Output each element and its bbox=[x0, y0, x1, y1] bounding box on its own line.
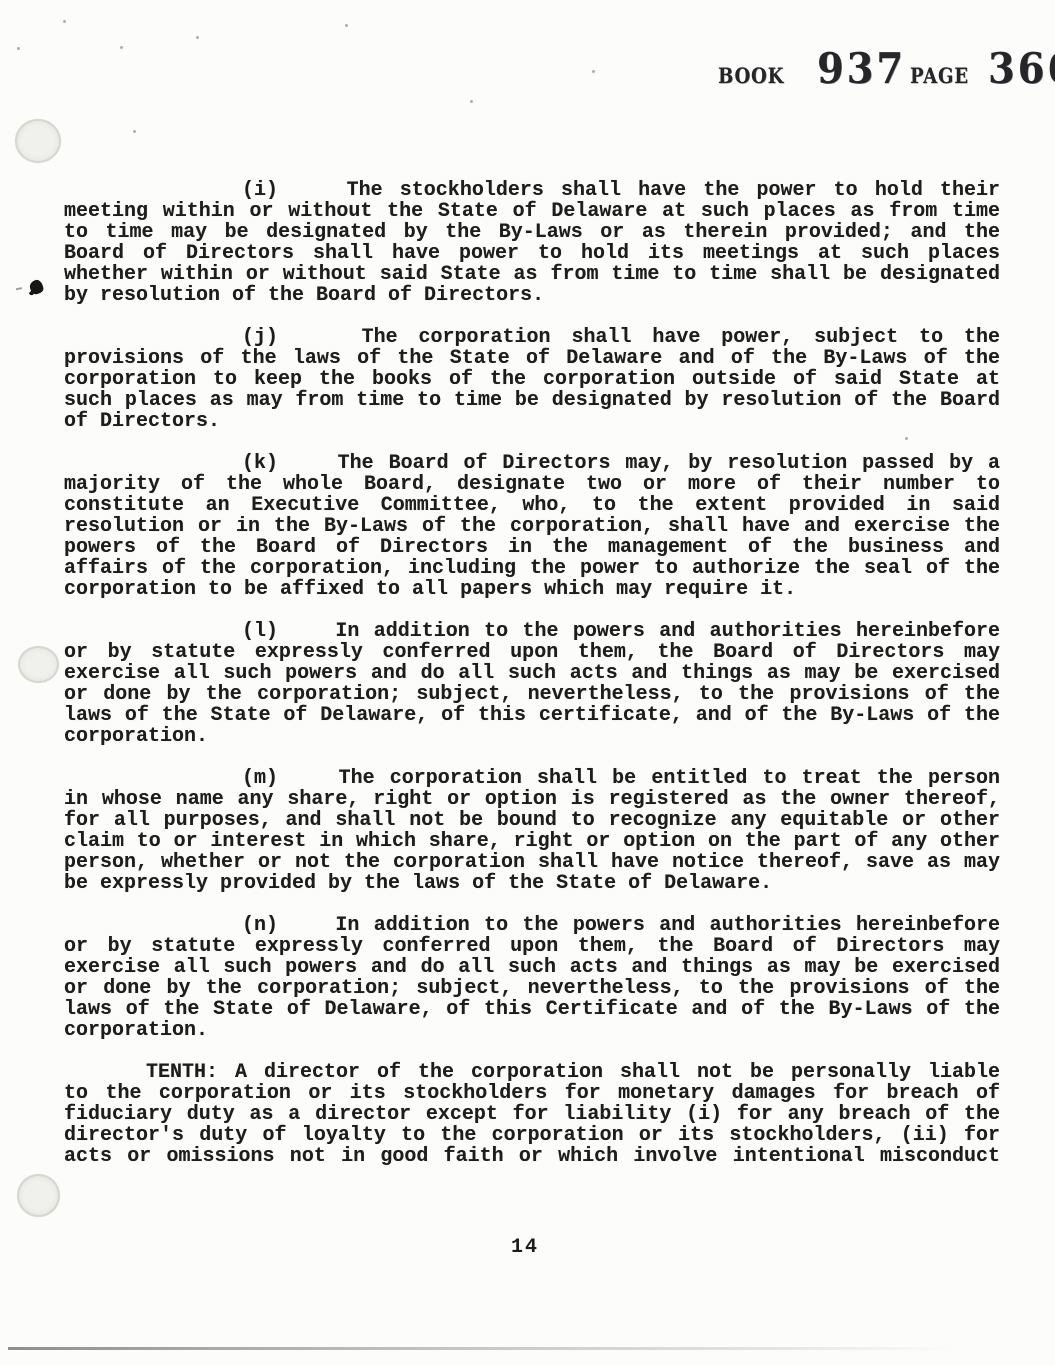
scan-edge-artifact bbox=[8, 1347, 953, 1350]
text-line: provisions of the laws of the State of D… bbox=[64, 348, 1000, 369]
scan-speck bbox=[133, 130, 136, 133]
document-body: (i) The stockholders shall have the powe… bbox=[64, 180, 1000, 1188]
text-line: powers of the Board of Directors in the … bbox=[64, 537, 1000, 558]
ink-mark bbox=[29, 279, 45, 295]
stamp-book-number: 937 bbox=[817, 44, 906, 93]
text-line: Board of Directors shall have power to h… bbox=[64, 243, 1000, 264]
stamp-page-number: 366 bbox=[988, 44, 1055, 93]
stamp-book-label: BOOK bbox=[718, 63, 784, 88]
paragraph-j: (j) The corporation shall have power, su… bbox=[64, 327, 1000, 432]
document-page: BOOK 937 PAGE 366 (i) The stockholders s… bbox=[0, 0, 1055, 1365]
text-line: (i) The stockholders shall have the powe… bbox=[64, 180, 1000, 201]
text-line: or done by the corporation; subject, nev… bbox=[64, 978, 1000, 999]
paragraph-tenth: TENTH: A director of the corporation sha… bbox=[64, 1062, 1000, 1167]
text-line: in whose name any share, right or option… bbox=[64, 789, 1000, 810]
text-line: corporation to be affixed to all papers … bbox=[64, 579, 1000, 600]
text-line: acts or omissions not in good faith or w… bbox=[64, 1146, 1000, 1167]
text-line: corporation to keep the books of the cor… bbox=[64, 369, 1000, 390]
text-line: fiduciary duty as a director except for … bbox=[64, 1104, 1000, 1125]
paragraph-m: (m) The corporation shall be entitled to… bbox=[64, 768, 1000, 894]
text-line: (n) In addition to the powers and author… bbox=[64, 915, 1000, 936]
text-line: of Directors. bbox=[64, 411, 1000, 432]
text-line: person, whether or not the corporation s… bbox=[64, 852, 1000, 873]
text-line: meeting within or without the State of D… bbox=[64, 201, 1000, 222]
text-line: affairs of the corporation, including th… bbox=[64, 558, 1000, 579]
text-line: or by statute expressly conferred upon t… bbox=[64, 936, 1000, 957]
text-line: (l) In addition to the powers and author… bbox=[64, 621, 1000, 642]
scan-speck bbox=[17, 47, 20, 50]
stamp-page-label: PAGE bbox=[910, 63, 969, 88]
text-line: claim to or interest in which share, rig… bbox=[64, 831, 1000, 852]
text-line: constitute an Executive Committee, who, … bbox=[64, 495, 1000, 516]
text-line: (k) The Board of Directors may, by resol… bbox=[64, 453, 1000, 474]
text-line: for all purposes, and shall not be bound… bbox=[64, 810, 1000, 831]
text-line: corporation. bbox=[64, 1020, 1000, 1041]
text-line: by resolution of the Board of Directors. bbox=[64, 285, 1000, 306]
text-line: exercise all such powers and do all such… bbox=[64, 957, 1000, 978]
hole-punch-top bbox=[15, 119, 61, 163]
text-line: laws of the State of Delaware, of this c… bbox=[64, 705, 1000, 726]
text-line: director's duty of loyalty to the corpor… bbox=[64, 1125, 1000, 1146]
text-line: corporation. bbox=[64, 726, 1000, 747]
scan-speck bbox=[470, 100, 473, 103]
hole-punch-bottom bbox=[17, 1174, 60, 1217]
book-page-stamp: BOOK 937 PAGE 366 bbox=[718, 44, 1055, 93]
paragraph-k: (k) The Board of Directors may, by resol… bbox=[64, 453, 1000, 600]
scan-speck bbox=[196, 36, 199, 39]
paragraph-n: (n) In addition to the powers and author… bbox=[64, 915, 1000, 1041]
text-line: TENTH: A director of the corporation sha… bbox=[64, 1062, 1000, 1083]
text-line: to time may be designated by the By-Laws… bbox=[64, 222, 1000, 243]
scan-speck bbox=[120, 46, 123, 49]
text-line: to the corporation or its stockholders f… bbox=[64, 1083, 1000, 1104]
text-line: (j) The corporation shall have power, su… bbox=[64, 327, 1000, 348]
text-line: be expressly provided by the laws of the… bbox=[64, 873, 1000, 894]
scan-speck bbox=[345, 24, 348, 27]
text-line: (m) The corporation shall be entitled to… bbox=[64, 768, 1000, 789]
hole-punch-middle bbox=[18, 646, 59, 683]
text-line: exercise all such powers and do all such… bbox=[64, 663, 1000, 684]
text-line: such places as may from time to time be … bbox=[64, 390, 1000, 411]
scan-speck bbox=[63, 20, 66, 23]
text-line: or by statute expressly conferred upon t… bbox=[64, 642, 1000, 663]
text-line: majority of the whole Board, designate t… bbox=[64, 474, 1000, 495]
text-line: laws of the State of Delaware, of this C… bbox=[64, 999, 1000, 1020]
paragraph-l: (l) In addition to the powers and author… bbox=[64, 621, 1000, 747]
text-line: or done by the corporation; subject, nev… bbox=[64, 684, 1000, 705]
text-line: resolution or in the By-Laws of the corp… bbox=[64, 516, 1000, 537]
paragraph-i: (i) The stockholders shall have the powe… bbox=[64, 180, 1000, 306]
scan-speck bbox=[592, 70, 595, 73]
page-number: 14 bbox=[0, 1236, 1050, 1259]
text-line: whether within or without said State as … bbox=[64, 264, 1000, 285]
